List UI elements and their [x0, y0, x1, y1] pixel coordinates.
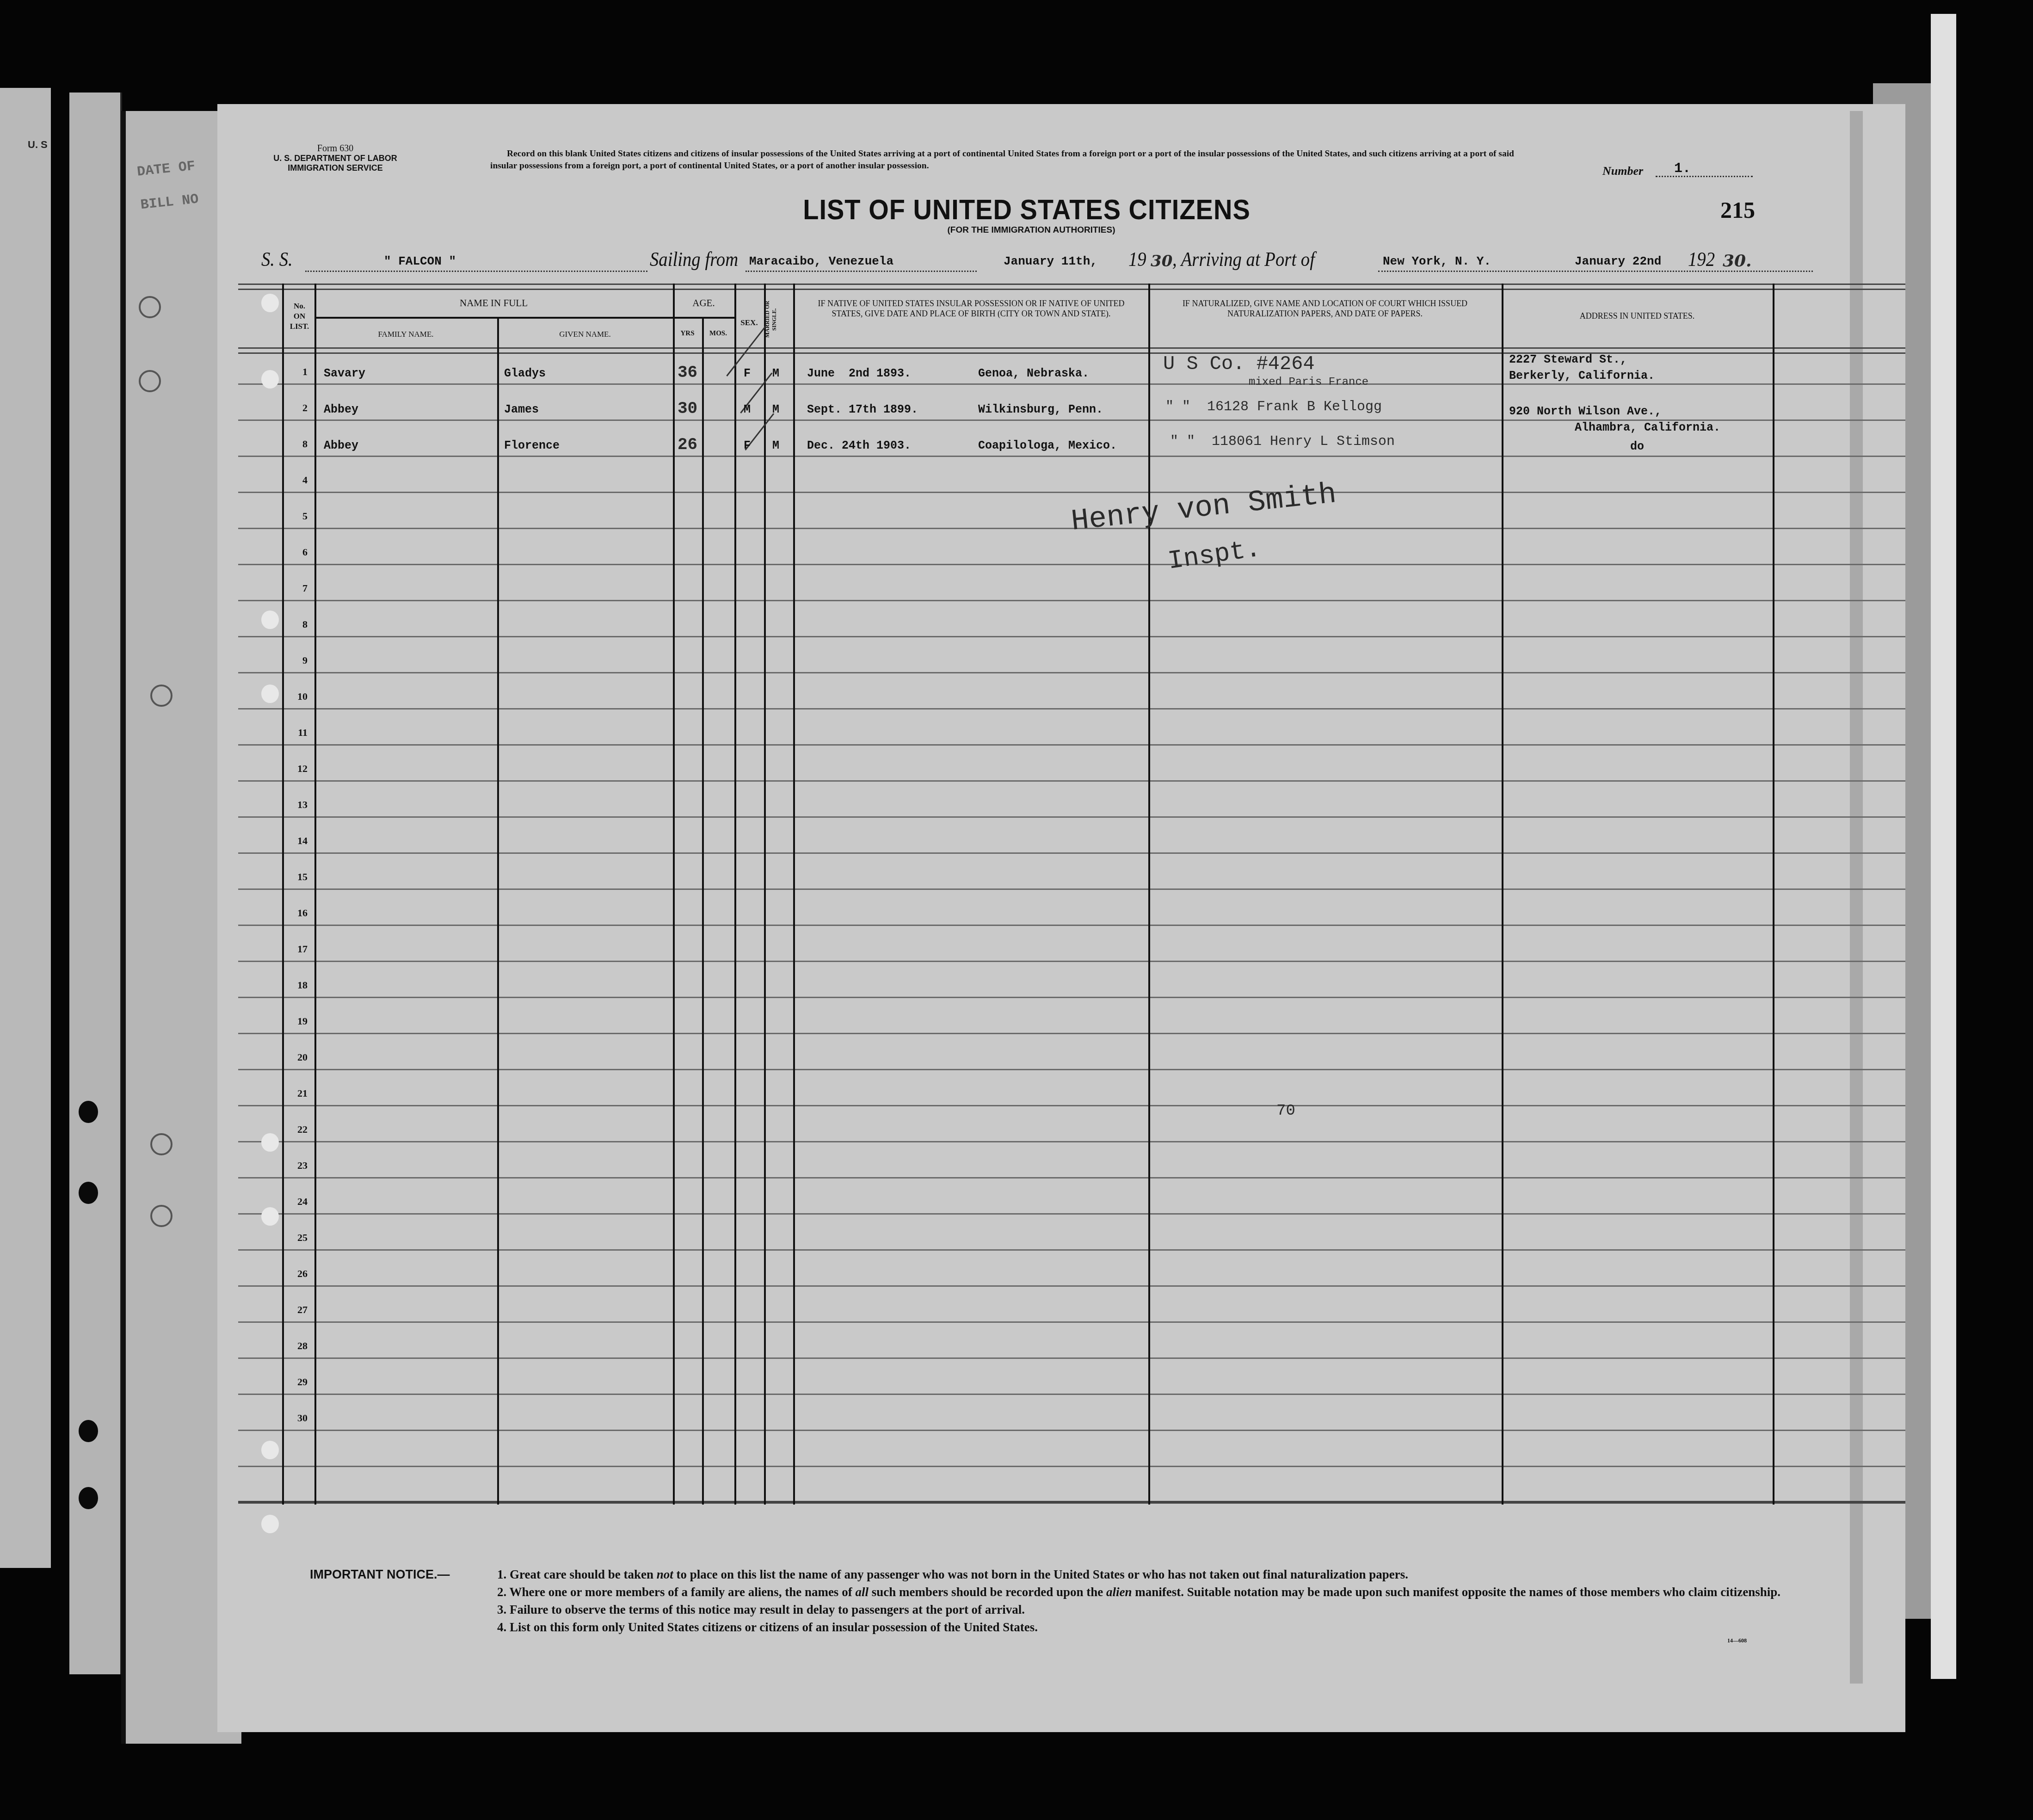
- form-identifier: Form 630 U. S. DEPARTMENT OF LABOR IMMIG…: [259, 143, 412, 173]
- departure-port-line: [745, 271, 977, 272]
- sailing-from-label: Sailing from: [650, 247, 738, 271]
- ship-name-line: [305, 271, 647, 272]
- birth-place: Genoa, Nebraska.: [978, 367, 1089, 380]
- birth-place: Coapilologa, Mexico.: [978, 439, 1117, 452]
- background-sheet-left: [0, 88, 51, 1568]
- departure-year-prefix: 19: [1128, 247, 1146, 271]
- header-family-name: FAMILY NAME.: [314, 330, 497, 339]
- naturalization-info: U S Co. #4264: [1163, 353, 1315, 375]
- binder-ring-mark: [139, 296, 161, 318]
- departure-year: 30: [1151, 252, 1172, 271]
- family-name: Savary: [324, 367, 365, 380]
- age-years: 30: [678, 399, 697, 418]
- table-top-rule: [238, 284, 1905, 290]
- row-number: 9: [284, 654, 308, 666]
- family-name: Abbey: [324, 439, 358, 452]
- col-divider: [314, 284, 316, 1505]
- row-number: 21: [284, 1087, 308, 1099]
- row-rule: [238, 1394, 1905, 1395]
- naturalization-note: mixed Paris France: [1249, 376, 1368, 389]
- binder-ring-mark: [150, 1133, 172, 1155]
- binder-hole: [79, 1420, 98, 1442]
- row-rule: [238, 456, 1905, 457]
- row-number: 11: [284, 727, 308, 739]
- page-subtitle: (FOR THE IMMIGRATION AUTHORITIES): [869, 225, 1193, 235]
- date-bill-stamp: DATE OF BILL NO: [136, 150, 200, 222]
- notice-item-1: 1. Great care should be taken not to pla…: [497, 1566, 1408, 1583]
- margin-mark: 70: [1276, 1102, 1295, 1120]
- row-rule: [238, 1141, 1905, 1142]
- arrival-date: January 22nd: [1575, 254, 1661, 268]
- row-number: 19: [284, 1015, 308, 1027]
- list-number-value: 1.: [1674, 161, 1691, 177]
- header-name-in-full: NAME IN FULL: [314, 297, 673, 309]
- punch-hole: [261, 1515, 279, 1533]
- header-address: ADDRESS IN UNITED STATES.: [1502, 311, 1773, 321]
- address-line-1: do: [1630, 440, 1644, 453]
- arrival-year-prefix: 192: [1688, 247, 1715, 271]
- inspector-title: Inspt.: [1166, 534, 1263, 576]
- binder-hole: [79, 1487, 98, 1509]
- row-number: 30: [284, 1412, 308, 1424]
- binder-ring-mark: [150, 1205, 172, 1227]
- sex: F: [744, 439, 751, 452]
- form-instructions: Record on this blank United States citiz…: [490, 148, 1535, 172]
- row-number: 10: [284, 691, 308, 703]
- header-no-on-list: No. ON LIST.: [284, 301, 314, 332]
- row-rule: [238, 672, 1905, 673]
- row-rule: [238, 997, 1905, 998]
- header-age: AGE.: [673, 297, 734, 309]
- form-number: Form 630: [259, 143, 412, 154]
- row-number: 1: [284, 366, 308, 378]
- punch-hole: [261, 294, 279, 312]
- page-number: 215: [1720, 197, 1755, 223]
- header-married-or-single: MARRIED OR SINGLE.: [764, 293, 793, 346]
- row-number: 22: [284, 1123, 308, 1135]
- address-line-2: Berkerly, California.: [1509, 369, 1655, 383]
- row-rule: [238, 564, 1905, 565]
- notice-item-2: 2. Where one or more members of a family…: [310, 1583, 1836, 1601]
- col-divider: [1148, 284, 1150, 1505]
- list-number-label: Number: [1602, 164, 1643, 178]
- row-number: 23: [284, 1160, 308, 1172]
- row-number: 27: [284, 1304, 308, 1316]
- row-rule: [238, 1177, 1905, 1178]
- row-rule: [238, 1430, 1905, 1431]
- given-name: Gladys: [504, 367, 546, 380]
- col-divider: [702, 317, 704, 1505]
- row-rule: [238, 708, 1905, 709]
- row-number: 25: [284, 1232, 308, 1244]
- header-given-name: GIVEN NAME.: [497, 330, 673, 339]
- birth-date: Dec. 24th 1903.: [807, 439, 911, 452]
- list-number-line: [1656, 176, 1753, 177]
- background-sheet-header: U. S: [28, 139, 48, 151]
- row-number: 28: [284, 1340, 308, 1352]
- arriving-label: , Arriving at Port of: [1172, 247, 1315, 271]
- arrival-line: [1378, 271, 1813, 272]
- citizens-table: No. ON LIST. NAME IN FULL FAMILY NAME. G…: [238, 284, 1905, 1505]
- row-rule: [238, 636, 1905, 637]
- row-number: 16: [284, 907, 308, 919]
- address-line-2: Alhambra, California.: [1575, 421, 1720, 434]
- printer-code: 14—608: [1727, 1637, 1747, 1644]
- row-rule: [238, 1069, 1905, 1070]
- sex: M: [744, 403, 751, 416]
- row-rule: [238, 600, 1905, 601]
- row-rule: [238, 780, 1905, 782]
- row-rule: [238, 852, 1905, 854]
- notice-item-3: 3. Failure to observe the terms of this …: [310, 1601, 1836, 1618]
- row-number: 26: [284, 1268, 308, 1280]
- row-number: 4: [284, 474, 308, 486]
- notice-label: IMPORTANT NOTICE.—: [310, 1566, 497, 1583]
- inspector-signature: Henry von Smith: [1070, 478, 1338, 539]
- row-number: 29: [284, 1376, 308, 1388]
- header-naturalization: IF NATURALIZED, GIVE NAME AND LOCATION O…: [1156, 298, 1494, 319]
- row-number: 24: [284, 1196, 308, 1208]
- departure-date: January 11th,: [1004, 254, 1097, 268]
- binder-ring-mark: [150, 685, 172, 707]
- header-bottom-rule: [238, 347, 1905, 354]
- row-rule: [238, 1466, 1905, 1467]
- row-rule: [238, 1105, 1905, 1106]
- col-divider: [497, 317, 499, 1505]
- punch-hole: [261, 1133, 279, 1152]
- background-sheet-right-edge: [1931, 14, 1956, 1679]
- row-rule: [238, 888, 1905, 890]
- family-name: Abbey: [324, 403, 358, 416]
- arrival-port: New York, N. Y.: [1383, 254, 1491, 268]
- row-number: 7: [284, 582, 308, 594]
- row-number: 6: [284, 546, 308, 558]
- subheader-rule: [314, 317, 734, 319]
- notice-item-4: 4. List on this form only United States …: [310, 1618, 1836, 1636]
- page-title: LIST OF UNITED STATES CITIZENS: [694, 193, 1360, 226]
- row-number: 18: [284, 979, 308, 991]
- row-number: 5: [284, 510, 308, 522]
- col-divider: [793, 284, 795, 1505]
- row-rule: [238, 1033, 1905, 1034]
- sex: F: [744, 367, 751, 380]
- col-divider: [673, 284, 675, 1505]
- service-name: IMMIGRATION SERVICE: [259, 163, 412, 173]
- col-divider: [1502, 284, 1503, 1505]
- naturalization-info: " " 118061 Henry L Stimson: [1170, 434, 1395, 450]
- punch-hole: [261, 685, 279, 703]
- row-rule: [238, 1249, 1905, 1251]
- row-rule: [238, 961, 1905, 962]
- row-number: 20: [284, 1051, 308, 1063]
- punch-hole: [261, 1207, 279, 1226]
- row-rule: [238, 1213, 1905, 1215]
- naturalization-info: " " 16128 Frank B Kellogg: [1165, 399, 1382, 415]
- marital-status: M: [772, 367, 779, 380]
- row-number: 8: [284, 438, 308, 450]
- ship-name: " FALCON ": [384, 254, 456, 268]
- age-years: 36: [678, 363, 697, 382]
- given-name: James: [504, 403, 539, 416]
- birth-date: June 2nd 1893.: [807, 367, 911, 380]
- row-rule: [238, 1285, 1905, 1287]
- header-age-mos: MOS.: [702, 330, 734, 338]
- row-rule: [238, 925, 1905, 926]
- departure-port: Maracaibo, Venezuela: [749, 254, 893, 268]
- punch-hole: [261, 1441, 279, 1459]
- row-number: 17: [284, 943, 308, 955]
- birth-place: Wilkinsburg, Penn.: [978, 403, 1103, 416]
- binder-hole: [79, 1182, 98, 1204]
- department-name: U. S. DEPARTMENT OF LABOR: [259, 154, 412, 163]
- punch-hole: [261, 611, 279, 629]
- birth-date: Sept. 17th 1899.: [807, 403, 918, 416]
- row-rule: [238, 492, 1905, 493]
- col-divider: [734, 284, 736, 1505]
- header-age-yrs: YRS: [673, 330, 702, 338]
- age-years: 26: [678, 435, 697, 454]
- ss-label: S. S.: [261, 247, 293, 271]
- binder-ring-mark: [139, 370, 161, 392]
- given-name: Florence: [504, 439, 560, 452]
- col-divider: [764, 284, 766, 1505]
- row-number: 8: [284, 618, 308, 630]
- arrival-year: 30.: [1723, 251, 1752, 271]
- binder-hole: [79, 1101, 98, 1123]
- table-bottom-rule: [238, 1501, 1905, 1504]
- row-rule: [238, 1357, 1905, 1359]
- important-notice: IMPORTANT NOTICE.— 1. Great care should …: [310, 1566, 1836, 1636]
- address-line-1: 2227 Steward St.,: [1509, 353, 1627, 366]
- header-birth-info: IF NATIVE OF UNITED STATES INSULAR POSSE…: [805, 298, 1138, 319]
- row-number: 14: [284, 835, 308, 847]
- row-rule: [238, 1321, 1905, 1323]
- header-sex: SEX.: [734, 318, 764, 327]
- row-number: 2: [284, 402, 308, 414]
- row-number: 12: [284, 763, 308, 775]
- row-rule: [238, 383, 1905, 385]
- col-divider: [1773, 284, 1774, 1505]
- address-line-1: 920 North Wilson Ave.,: [1509, 405, 1662, 418]
- punch-hole: [261, 370, 279, 389]
- col-divider: [282, 284, 284, 1505]
- row-number: 13: [284, 799, 308, 811]
- row-rule: [238, 744, 1905, 746]
- marital-status: M: [772, 439, 779, 452]
- row-number: 15: [284, 871, 308, 883]
- row-rule: [238, 816, 1905, 818]
